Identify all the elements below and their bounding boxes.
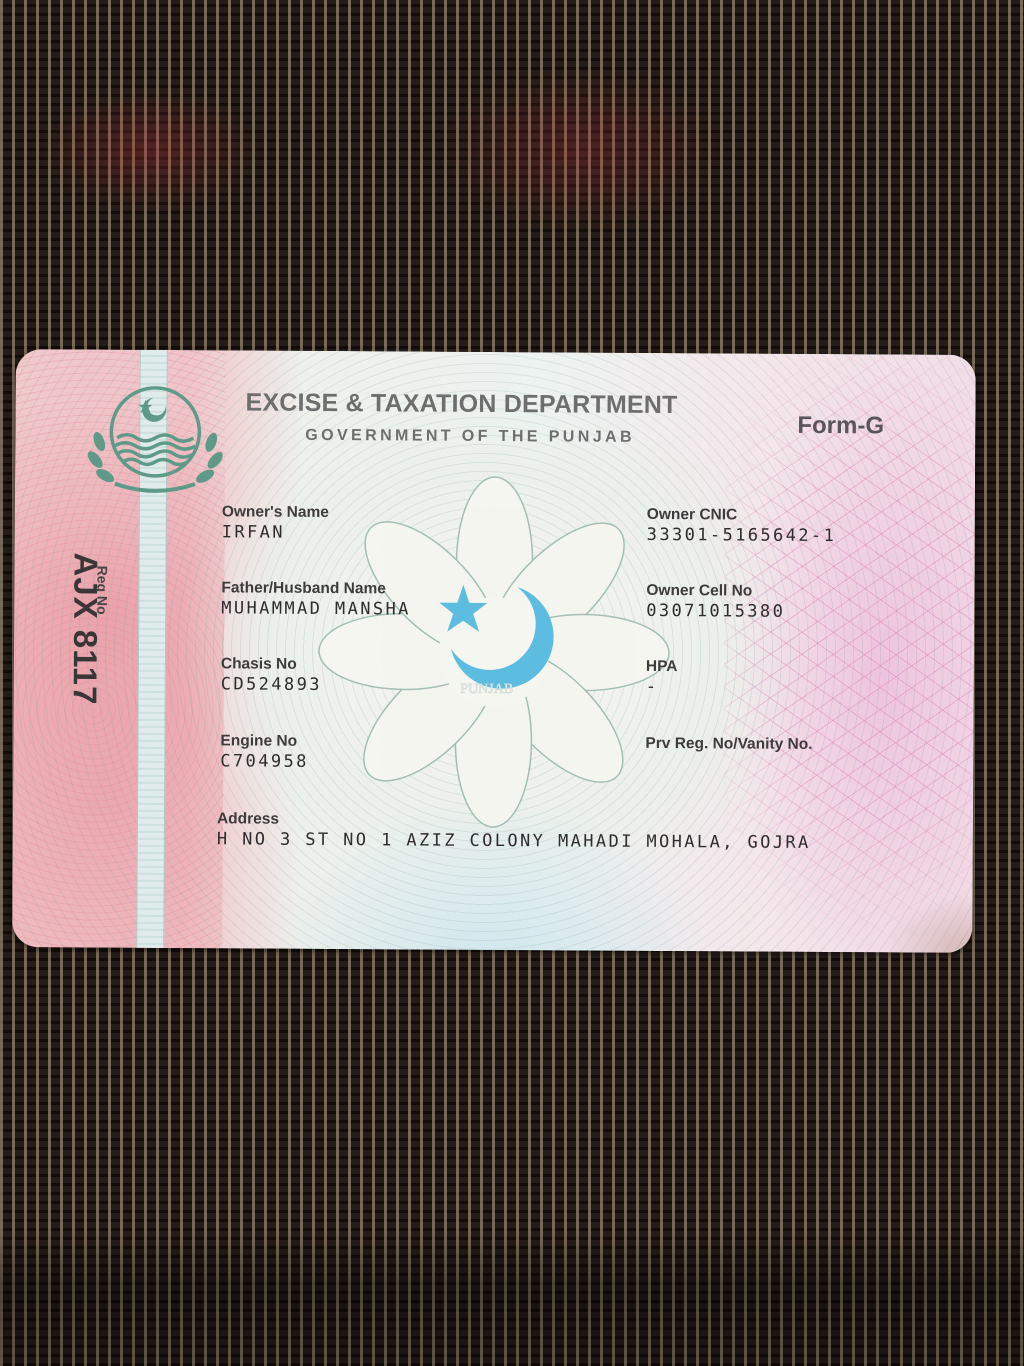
- engine-no-value: C704958: [220, 750, 309, 773]
- hpa-field: HPA -: [646, 658, 678, 698]
- form-code: Form-G: [797, 412, 884, 441]
- hpa-label: HPA: [646, 658, 678, 676]
- owner-cnic-field: Owner CNIC 33301-5165642-1: [647, 506, 837, 547]
- prv-reg-field: Prv Reg. No/Vanity No.: [645, 735, 812, 754]
- owner-cell-field: Owner Cell No 03071015380: [646, 582, 785, 623]
- card-wear-stain: [882, 892, 972, 953]
- owner-name-field: Owner's Name IRFAN: [222, 503, 329, 544]
- owner-cnic-value: 33301-5165642-1: [647, 524, 837, 547]
- owner-name-label: Owner's Name: [222, 503, 329, 522]
- chassis-no-value: CD524893: [221, 673, 322, 696]
- watermark-text: PUNJAB: [460, 682, 513, 697]
- punjab-emblem-icon: [85, 380, 226, 501]
- reg-no-value: AJX 8117: [66, 552, 105, 705]
- hpa-value: -: [646, 676, 678, 698]
- father-name-value: MUHAMMAD MANSHA: [221, 597, 411, 620]
- address-value: H NO 3 ST NO 1 AZIZ COLONY MAHADI MOHALA…: [217, 828, 811, 854]
- department-title: EXCISE & TAXATION DEPARTMENT: [245, 388, 677, 420]
- fabric-background-pattern: [0, 0, 1024, 340]
- owner-name-value: IRFAN: [222, 521, 329, 544]
- chassis-no-label: Chasis No: [221, 655, 322, 674]
- vehicle-registration-card: PUNJAB EXCISE & TAXATION DEPARTMENT GOVE…: [12, 349, 976, 953]
- father-name-field: Father/Husband Name MUHAMMAD MANSHA: [221, 579, 411, 620]
- crescent-star-icon: PUNJAB: [429, 577, 560, 698]
- father-name-label: Father/Husband Name: [221, 579, 411, 598]
- chassis-no-field: Chasis No CD524893: [221, 655, 322, 696]
- fabric-fold-shadow: [0, 1230, 1024, 1366]
- owner-cell-label: Owner Cell No: [646, 582, 785, 601]
- government-subtitle: GOVERNMENT OF THE PUNJAB: [305, 427, 635, 447]
- engine-no-field: Engine No C704958: [220, 732, 309, 773]
- security-mesh-pattern: [722, 353, 976, 953]
- owner-cell-value: 03071015380: [646, 600, 785, 623]
- prv-reg-label: Prv Reg. No/Vanity No.: [645, 735, 812, 754]
- engine-no-label: Engine No: [220, 732, 309, 751]
- address-field: Address H NO 3 ST NO 1 AZIZ COLONY MAHAD…: [217, 810, 811, 854]
- owner-cnic-label: Owner CNIC: [647, 506, 837, 525]
